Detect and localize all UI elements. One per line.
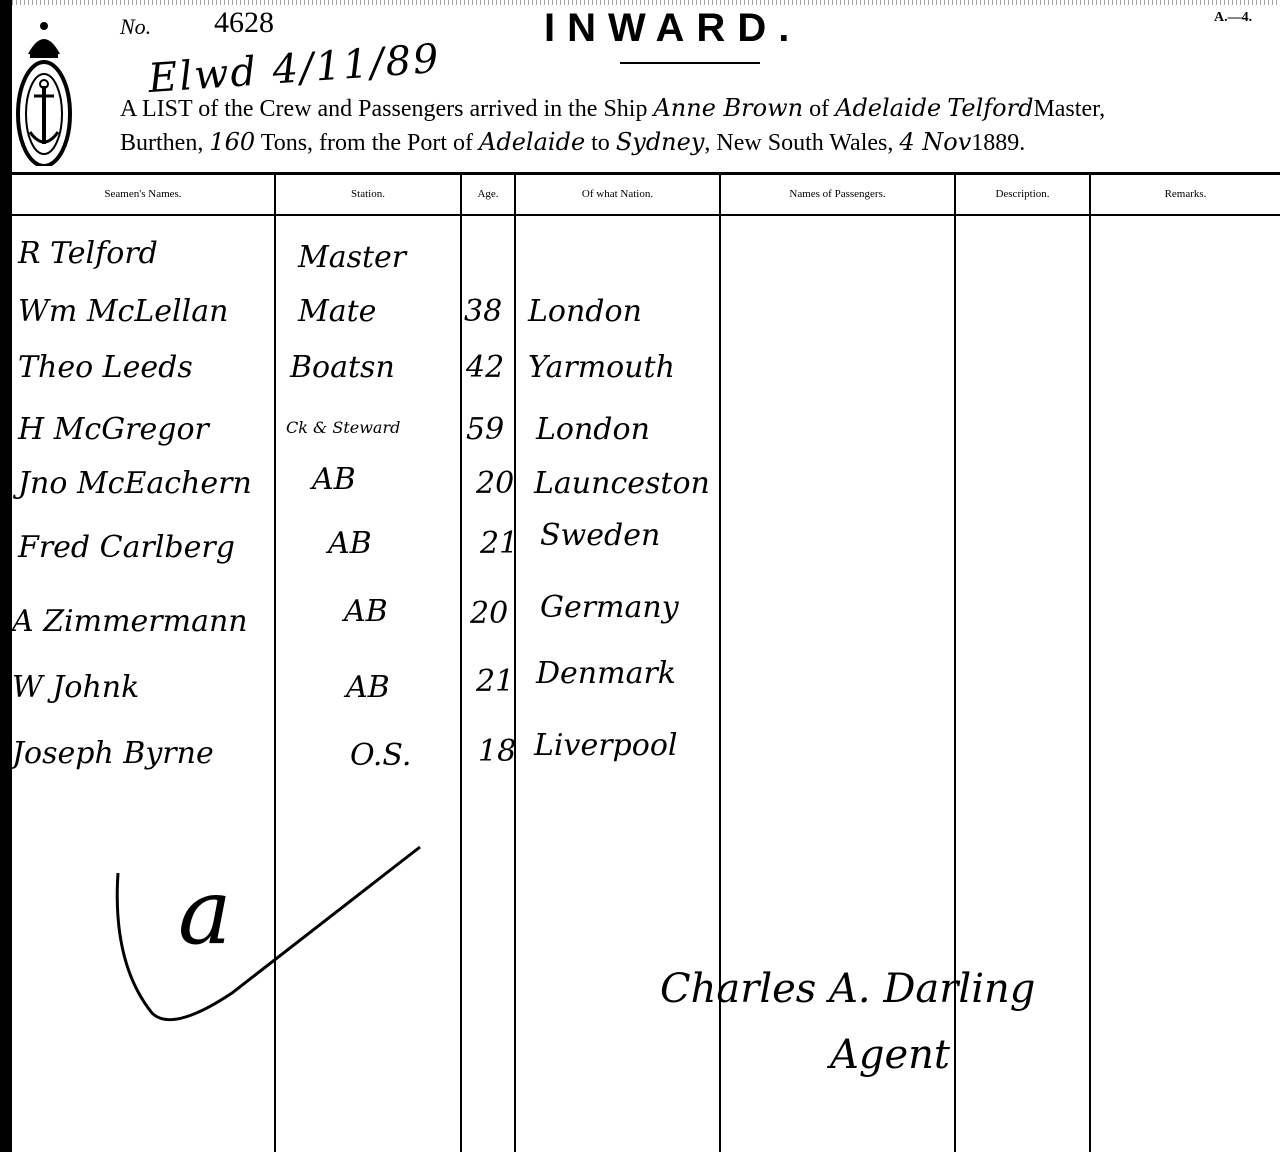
preamble-line-1: A LIST of the Crew and Passengers arrive… [120,94,1105,123]
to-label: to [591,130,610,156]
age: 20 [476,466,514,501]
tonnage: 160 [209,128,255,156]
age: 42 [466,350,504,385]
entry-stamp: Elwd 4/11/89 [147,36,442,102]
title-underline [620,62,760,64]
seaman-name: R Telford [18,236,158,271]
preamble-line-2: Burthen, 160 Tons, from the Port of Adel… [120,128,1025,157]
seaman-name: H McGregor [18,412,209,447]
column-divider [514,172,516,1152]
column-header-station: Station. [276,188,460,200]
seaman-name: Joseph Byrne [12,736,214,771]
column-header-seamen-names: Seamen's Names. [12,188,274,200]
seaman-name: Theo Leeds [18,350,193,385]
number-label: No. [120,14,151,40]
nsw-label: , New South Wales, [704,130,893,156]
from-port: Adelaide [479,128,585,156]
age: 38 [464,294,502,329]
age: 20 [470,596,508,631]
page-title: INWARD. [544,6,801,51]
column-header-remarks: Remarks. [1091,188,1280,200]
age: 59 [466,412,504,447]
nation: Yarmouth [528,350,675,385]
harbours-department-crest-icon [14,14,74,166]
column-header-age: Age. [462,188,514,200]
age: 18 [478,734,516,769]
age: 21 [476,664,514,699]
station: AB [346,670,390,705]
form-code: A.—4. [1214,10,1252,26]
tons-label: Tons, from the Port of [261,130,473,156]
station: AB [312,462,356,497]
master-name: Telford [947,94,1033,122]
nation: Germany [540,590,679,625]
nation: Liverpool [534,728,677,763]
seaman-name: Jno McEachern [18,466,252,501]
to-port: Sydney [616,128,705,156]
arrival-year: 1889. [971,130,1025,156]
station: AB [344,594,388,629]
agent-title: Agent [830,1032,950,1078]
column-divider [1089,172,1091,1152]
nation: Denmark [536,656,676,691]
station: Mate [298,294,376,329]
document-number: 4628 [214,6,274,40]
nation: London [528,294,642,329]
initial-mark: a [178,860,232,965]
station: O.S. [350,738,411,773]
station: AB [328,526,372,561]
ship-name: Anne Brown [653,94,803,122]
closing-stroke-icon [112,843,432,1043]
nation: Launceston [534,466,710,501]
column-header-nation: Of what Nation. [516,188,719,200]
of-label: of [809,96,829,122]
column-header-description: Description. [956,188,1089,200]
column-header-passengers: Names of Passengers. [721,188,954,200]
nation: Sweden [540,518,660,553]
nation: London [536,412,650,447]
arrival-date: 4 Nov [899,128,971,156]
preamble-text: A LIST of the Crew and Passengers arrive… [120,96,647,122]
agent-signature: Charles A. Darling [660,966,1035,1012]
master-label: Master, [1033,96,1105,122]
station: Ck & Steward [286,418,400,437]
burthen-label: Burthen, [120,130,203,156]
column-divider [460,172,462,1152]
seaman-name: A Zimmermann [12,604,248,639]
ship-port: Adelaide [835,94,941,122]
scan-edge [0,0,12,1152]
scan-noise [12,0,1280,5]
age: 21 [480,526,518,561]
seaman-name: W Johnk [12,670,139,705]
station: Boatsn [290,350,395,385]
station: Master [298,240,406,275]
seaman-name: Fred Carlberg [18,530,235,565]
seaman-name: Wm McLellan [18,294,228,329]
